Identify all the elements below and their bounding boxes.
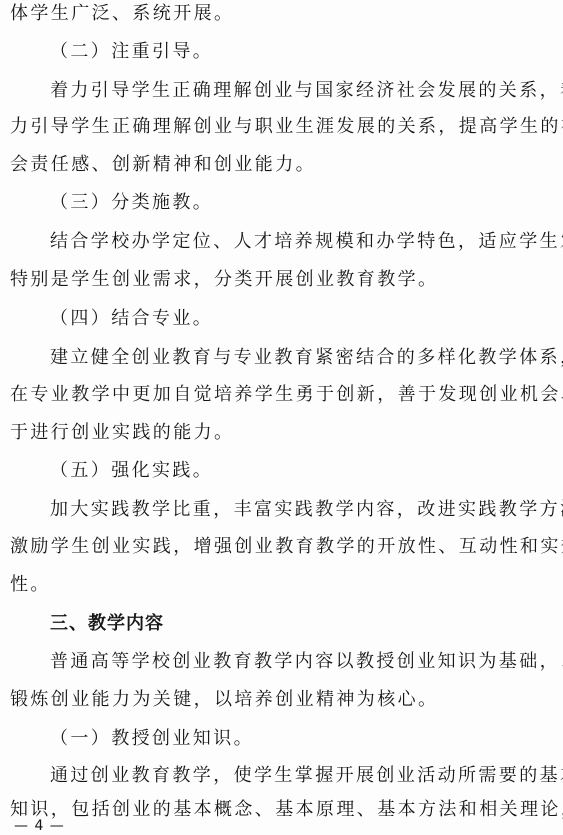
text-line: 通过创业教育教学，使学生掌握开展创业活动所需要的基本 <box>50 765 557 787</box>
text-line: （四）结合专业。 <box>50 308 557 330</box>
text-line: 激励学生创业实践，增强创业教育教学的开放性、互动性和实效 <box>10 536 557 558</box>
text-line: 锻炼创业能力为关键，以培养创业精神为核心。 <box>10 689 557 711</box>
text-line: 加大实践教学比重，丰富实践教学内容，改进实践教学方法， <box>50 499 557 521</box>
text-line: 建立健全创业教育与专业教育紧密结合的多样化教学体系， <box>50 347 557 369</box>
text-line: 会责任感、创新精神和创业能力。 <box>10 154 557 176</box>
text-line: （三）分类施教。 <box>50 192 557 214</box>
text-line: 普通高等学校创业教育教学内容以教授创业知识为基础，以 <box>50 651 557 673</box>
section-heading: 三、教学内容 <box>50 613 557 635</box>
text-line: （五）强化实践。 <box>50 460 557 482</box>
text-line: 力引导学生正确理解创业与职业生涯发展的关系，提高学生的社 <box>10 116 557 138</box>
text-line: 在专业教学中更加自觉培养学生勇于创新，善于发现创业机会、敢 <box>10 384 557 406</box>
text-line: 特别是学生创业需求，分类开展创业教育教学。 <box>10 269 557 291</box>
text-line: 体学生广泛、系统开展。 <box>10 3 557 25</box>
text-line: 性。 <box>10 574 557 596</box>
text-line: 知识，包括创业的基本概念、基本原理、基本方法和相关理论，涉及 <box>10 799 557 821</box>
text-line: 于进行创业实践的能力。 <box>10 422 557 444</box>
text-line: 结合学校办学定位、人才培养规模和办学特色，适应学生发展 <box>50 231 557 253</box>
document-page: 体学生广泛、系统开展。（二）注重引导。着力引导学生正确理解创业与国家经济社会发展… <box>0 0 563 835</box>
page-number: — 4 — <box>14 818 65 834</box>
text-line: （一）教授创业知识。 <box>50 728 557 750</box>
text-line: （二）注重引导。 <box>50 41 557 63</box>
text-line: 着力引导学生正确理解创业与国家经济社会发展的关系，着 <box>50 80 557 102</box>
